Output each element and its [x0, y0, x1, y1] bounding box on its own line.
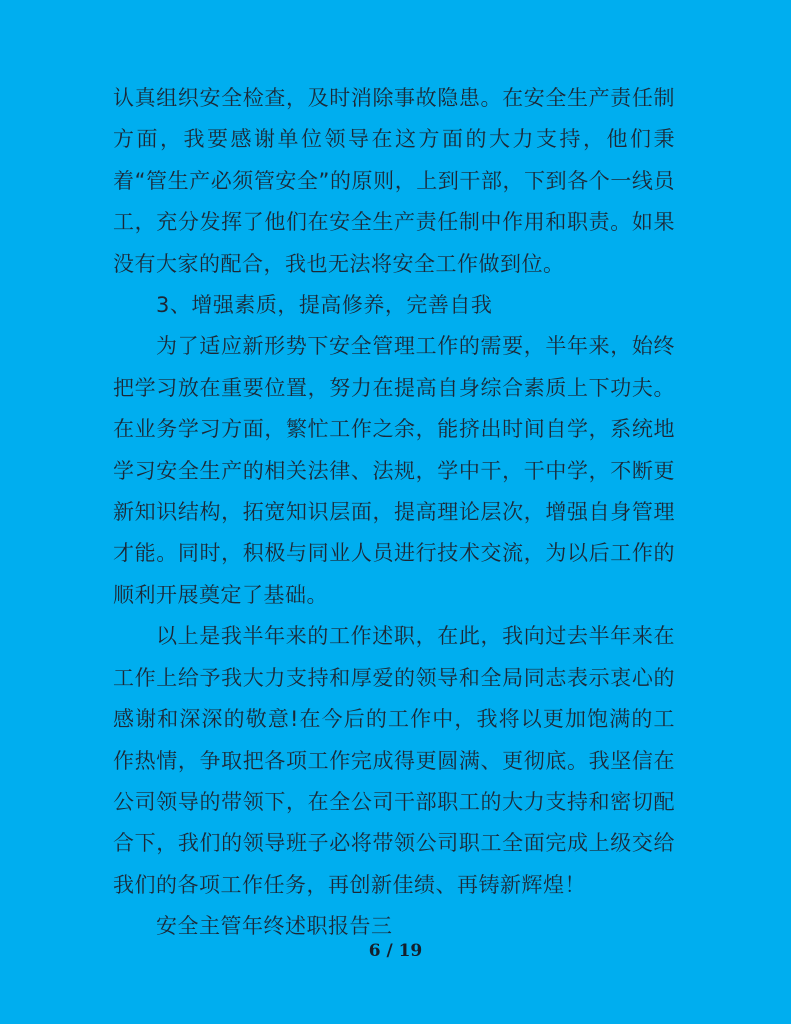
paragraph: 为了适应新形势下安全管理工作的需要，半年来，始终把学习放在重要位置，努力在提高自… — [113, 326, 675, 616]
page-number: 6 / 19 — [0, 941, 791, 961]
paragraph: 3、增强素质，提高修养，完善自我 — [113, 285, 675, 326]
paragraph: 以上是我半年来的工作述职，在此，我向过去半年来在工作上给予我大力支持和厚爱的领导… — [113, 616, 675, 906]
paragraph: 认真组织安全检查，及时消除事故隐患。在安全生产责任制方面，我要感谢单位领导在这方… — [113, 78, 675, 285]
document-body: 认真组织安全检查，及时消除事故隐患。在安全生产责任制方面，我要感谢单位领导在这方… — [113, 78, 675, 948]
document-page: 认真组织安全检查，及时消除事故隐患。在安全生产责任制方面，我要感谢单位领导在这方… — [0, 0, 791, 1024]
